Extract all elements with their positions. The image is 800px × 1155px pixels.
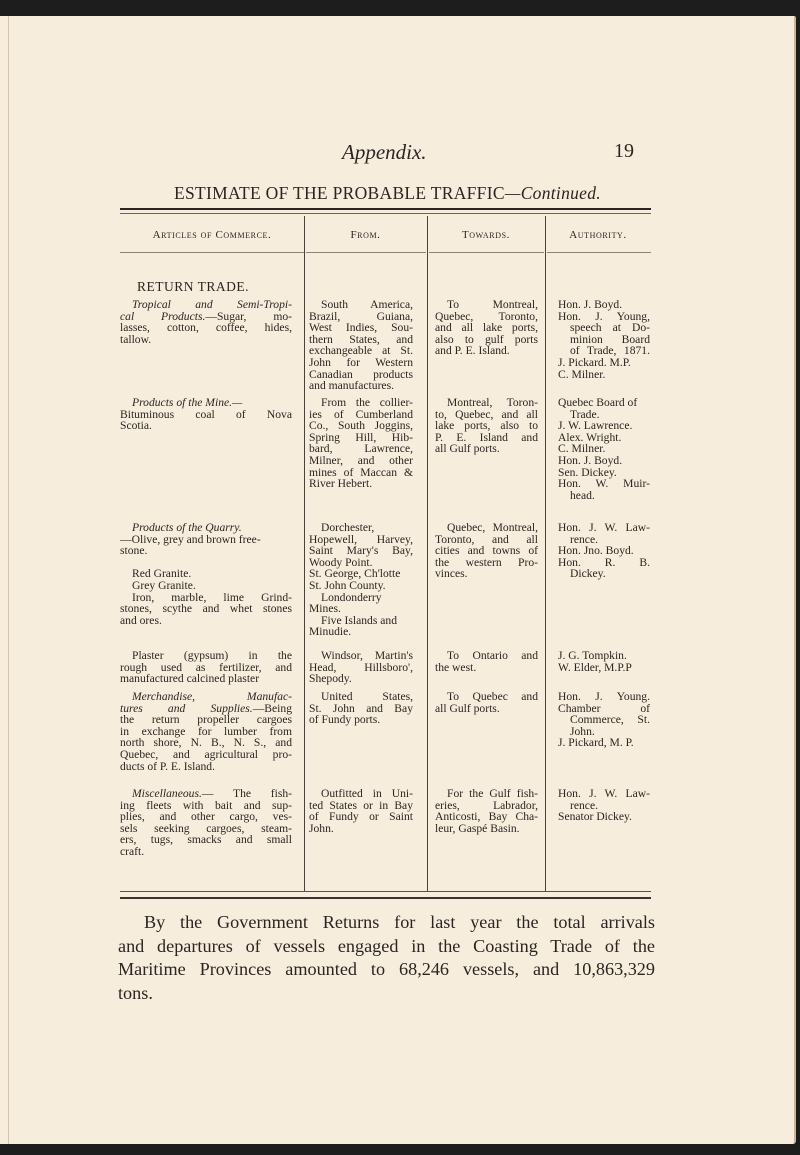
cell-text: Hon. J. W. Law- [558, 522, 650, 534]
paragraph-line: Maritime Provinces amounted to 68,246 ve… [118, 958, 655, 982]
cell-text: Shepody. [309, 673, 413, 685]
cell-text: vinces. [435, 568, 538, 580]
table-row-1-from: South America, Brazil, Guiana, West Indi… [309, 299, 413, 392]
table-row-5-authority: Hon. J. Young. Chamber of Commerce, St. … [558, 691, 650, 749]
cell-text: Dorchester, [309, 522, 413, 534]
cell-text: Milner, and other [309, 455, 413, 467]
table-top-rule [120, 208, 651, 210]
table-row-6-articles: Miscellaneous.— The fish- ing fleets wit… [120, 788, 292, 858]
cell-text: John. [309, 823, 413, 835]
table-row-6-from: Outfitted in Uni- ted States or in Bay o… [309, 788, 413, 834]
table-row-2-from: From the collier- ies of Cumberland Co.,… [309, 397, 413, 490]
cell-text: and ores. [120, 615, 292, 627]
table-row-4-from: Windsor, Martin's Head, Hillsboro', Shep… [309, 650, 413, 685]
table-row-3-articles: Products of the Quarry. —Olive, grey and… [120, 522, 292, 626]
table-row-1-articles: Tropical and Semi-Tropi- cal Products.—S… [120, 299, 292, 345]
table-row-5-articles: Merchandise, Manufac- tures and Supplies… [120, 691, 292, 772]
cell-text: J. Pickard, M. P. [558, 737, 650, 749]
table-bottom-rule-thick [120, 897, 651, 899]
header-rule [120, 252, 304, 253]
cell-text: Hon. W. Muir- [558, 478, 650, 490]
cell-text: head. [558, 490, 650, 502]
cell-text: Hon. J. Boyd. [558, 299, 650, 311]
table-row-1-authority: Hon. J. Boyd. Hon. J. Young, speech at D… [558, 299, 650, 380]
cell-text: J. G. Tompkin. [558, 650, 650, 662]
table-row-1-towards: To Montreal, Quebec, Toronto, and all la… [435, 299, 538, 357]
cell-text: St. John County. [309, 580, 413, 592]
cell-text: Senator Dickey. [558, 811, 650, 823]
paragraph-line: By the Government Returns for last year … [118, 911, 655, 935]
cell-text: all Gulf ports. [435, 703, 538, 715]
cell-text: Minudie. [309, 626, 413, 638]
section-heading: RETURN TRADE. [137, 279, 249, 295]
cell-text: Hon. J. Boyd. [558, 455, 650, 467]
column-header-from: From. [304, 229, 427, 241]
cell-text: and manufactures. [309, 380, 413, 392]
document-page: Appendix. 19 ESTIMATE OF THE PROBABLE TR… [0, 16, 796, 1144]
cell-text: Plaster (gypsum) in the [120, 650, 292, 662]
cell-text: stones, scythe and whet stones [120, 603, 292, 615]
cell-text: stone. [120, 545, 292, 557]
column-header-towards: Towards. [427, 229, 545, 241]
header-rule [429, 252, 544, 253]
cell-text: Scotia. [120, 420, 292, 432]
cell-text: manufactured calcined plaster [120, 673, 292, 685]
cell-text: and P. E. Island. [435, 345, 538, 357]
table-row-6-authority: Hon. J. W. Law- rence. Senator Dickey. [558, 788, 650, 823]
cell-text: To Ontario and [435, 650, 538, 662]
table-row-4-authority: J. G. Tompkin. W. Elder, M.P.P [558, 650, 650, 673]
cell-text: Quebec, Montreal, [435, 522, 538, 534]
column-divider [427, 216, 428, 892]
running-title: Appendix. [342, 140, 427, 165]
table-bottom-rule [120, 891, 651, 892]
page-gutter-line [8, 16, 9, 1144]
cell-text: From the collier- [309, 397, 413, 409]
cell-text: C. Milner. [558, 369, 650, 381]
cell-text: ers, tugs, smacks and small [120, 834, 292, 846]
table-row-6-towards: For the Gulf fish- eries, Labrador, Anti… [435, 788, 538, 834]
cell-text: craft. [120, 846, 292, 858]
cell-text: Dickey. [558, 568, 650, 580]
table-row-4-articles: Plaster (gypsum) in the rough used as fe… [120, 650, 292, 685]
cell-text: Hon. J. Young. [558, 691, 650, 703]
cell-text: United States, [309, 691, 413, 703]
table-title-main: ESTIMATE OF THE PROBABLE TRAFFIC [174, 183, 505, 203]
cell-text: all Gulf ports. [435, 443, 538, 455]
cell-text: W. Elder, M.P.P [558, 662, 650, 674]
table-row-2-authority: Quebec Board of Trade. J. W. Lawrence. A… [558, 397, 650, 501]
table-top-rule-thin [120, 213, 651, 214]
paragraph-line: tons. [118, 982, 655, 1006]
cell-text: Grey Granite. [120, 580, 292, 592]
cell-text: Windsor, Martin's [309, 650, 413, 662]
column-divider [304, 216, 305, 892]
table-title-suffix: —Continued. [505, 183, 601, 203]
cell-text: For the Gulf fish- [435, 788, 538, 800]
cell-text: Quebec, and agricultural pro- [120, 749, 292, 761]
cell-text: tallow. [120, 334, 292, 346]
table-row-5-towards: To Quebec and all Gulf ports. [435, 691, 538, 714]
cell-text: Mines. [309, 603, 413, 615]
table-row-3-towards: Quebec, Montreal, Toronto, and all citie… [435, 522, 538, 580]
cell-text: John for Western [309, 357, 413, 369]
paragraph-line: and departures of vessels engaged in the… [118, 935, 655, 959]
cell-text: Outfitted in Uni- [309, 788, 413, 800]
cell-text: the west. [435, 662, 538, 674]
table-row-3-authority: Hon. J. W. Law- rence. Hon. Jno. Boyd. H… [558, 522, 650, 580]
cell-text: River Hebert. [309, 478, 413, 490]
cell-text: leur, Gaspé Basin. [435, 823, 538, 835]
page-number: 19 [614, 140, 634, 163]
table-row-2-towards: Montreal, Toron- to, Quebec, and all lak… [435, 397, 538, 455]
cell-text: Montreal, Toron- [435, 397, 538, 409]
header-rule [547, 252, 651, 253]
column-divider [545, 216, 546, 892]
running-head: Appendix. 19 [0, 140, 794, 170]
header-rule [306, 252, 426, 253]
table-title: ESTIMATE OF THE PROBABLE TRAFFIC—Continu… [115, 183, 660, 204]
table-row-2-articles: Products of the Mine.— Bituminous coal o… [120, 397, 292, 432]
table-row-5-from: United States, St. John and Bay of Fundy… [309, 691, 413, 726]
column-header-authority: Authority. [545, 229, 651, 241]
cell-text: To Quebec and [435, 691, 538, 703]
cell-text: Quebec Board of [558, 397, 650, 409]
column-header-articles: Articles of Commerce. [120, 229, 304, 241]
table-row-4-towards: To Ontario and the west. [435, 650, 538, 673]
cell-text: South America, [309, 299, 413, 311]
cell-text: ducts of P. E. Island. [120, 761, 292, 773]
body-paragraph: By the Government Returns for last year … [118, 911, 655, 1005]
table-row-3-from: Dorchester, Hopewell, Harvey, Saint Mary… [309, 522, 413, 638]
cell-text: Hon. J. W. Law- [558, 788, 650, 800]
cell-text: J. Pickard. M.P. [558, 357, 650, 369]
cell-text: of Fundy ports. [309, 714, 413, 726]
cell-text: To Montreal, [435, 299, 538, 311]
